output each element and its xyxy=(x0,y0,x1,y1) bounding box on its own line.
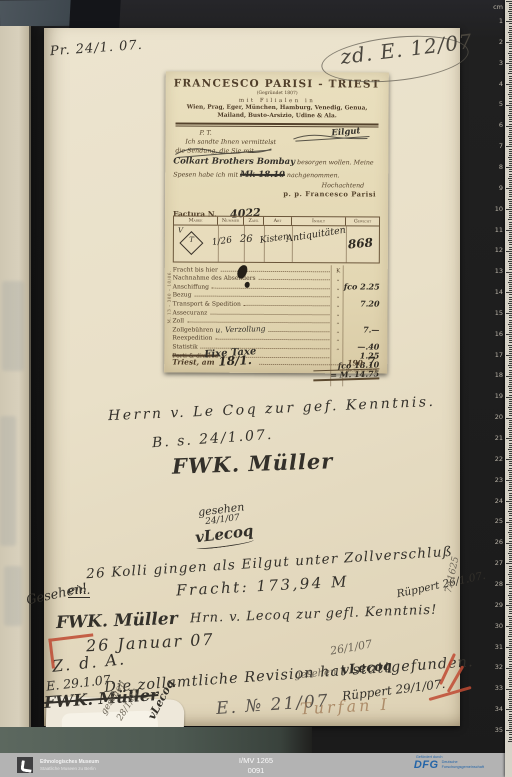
ruler-tick xyxy=(508,490,512,491)
receipt-pt-line4a: Spesen habe ich mit xyxy=(173,171,238,178)
ruler-number: 35 xyxy=(495,726,503,734)
ruler-tick xyxy=(508,386,512,387)
ruler-tick xyxy=(506,167,512,168)
ruler-tick xyxy=(508,282,512,283)
ruler-tick xyxy=(506,230,512,231)
table-header-cell: Art xyxy=(264,217,292,225)
receipt-pt-line4b: nachgenommen. xyxy=(287,172,340,179)
ruler-tick xyxy=(506,689,512,690)
ruler-tick xyxy=(508,94,512,95)
bleed-through-mark xyxy=(4,566,22,626)
ruler-number: 23 xyxy=(495,476,503,484)
ruler-number: 9 xyxy=(499,184,503,192)
fee-leader xyxy=(187,322,329,324)
column-line xyxy=(292,226,293,262)
ruler-number: 7 xyxy=(499,142,503,150)
receipt-dateline: Triest, am 18/1. 190 7 xyxy=(172,353,379,368)
ruler-tick xyxy=(508,199,512,200)
receipt-fee-list: Fracht bis hierKNachnahme des Absenders„… xyxy=(172,264,379,360)
ruler-tick xyxy=(508,470,512,471)
ruler-tick xyxy=(508,53,512,54)
ruler-number: 33 xyxy=(495,684,503,692)
ruler-tick xyxy=(508,574,512,575)
scanned-ledger-page: FRANCESCO PARISI - TRIEST (Gegründet 180… xyxy=(0,0,512,777)
archive-footer-bar: Ethnologisches Museum Staatliche Museen … xyxy=(0,753,512,777)
receipt-pt-line4: Spesen habe ich mit Mk 18.10 nachgenomme… xyxy=(173,168,380,181)
ruler-tick xyxy=(506,21,512,22)
parisi-receipt: FRANCESCO PARISI - TRIEST (Gegründet 180… xyxy=(164,71,389,373)
ruler-number: 5 xyxy=(499,100,503,108)
printer-mark: M. 13 – 300 – 10/06. xyxy=(166,270,171,323)
ruler-tick xyxy=(506,376,512,377)
fee-value: fco 2.25 xyxy=(344,281,380,291)
fee-value: 7.20 xyxy=(344,298,380,308)
ruler-number: 19 xyxy=(495,392,503,400)
fee-leader xyxy=(210,313,329,315)
ruler-number: 10 xyxy=(495,205,503,213)
ruler-tick xyxy=(506,188,512,189)
ruler-tick xyxy=(506,84,512,85)
ruler-tick xyxy=(506,42,512,43)
receipt-table-row: T V 1/26 26 Kisten Antiquitäten 868 xyxy=(174,225,379,262)
bleed-through-mark xyxy=(0,416,16,546)
ruler-tick xyxy=(506,563,512,564)
ruler-number: 32 xyxy=(495,663,503,671)
ruler-tick xyxy=(508,428,512,429)
ruler-number: 29 xyxy=(495,601,503,609)
ruler-tick xyxy=(508,741,512,742)
ruler-tick xyxy=(508,511,512,512)
mark-letter-top: V xyxy=(178,227,183,235)
receipt-hand-eilgut: Eilgut xyxy=(331,125,361,140)
ruler-tick xyxy=(506,584,512,585)
ruler-tick xyxy=(508,678,512,679)
ruler-tick xyxy=(506,105,512,106)
ruler-number: 13 xyxy=(495,267,503,275)
ruler-number: 3 xyxy=(499,59,503,67)
date-printed: 190 xyxy=(347,358,363,367)
ruler-tick xyxy=(506,334,512,335)
receipt-pp-signature: p. p. Francesco Parisi xyxy=(173,190,376,201)
ruler-number: 15 xyxy=(495,309,503,317)
ruler-tick xyxy=(506,146,512,147)
ruler-tick xyxy=(508,636,512,637)
ruler-tick xyxy=(508,720,512,721)
ruler-tick xyxy=(506,313,512,314)
book-cover-edge xyxy=(0,727,312,754)
ruler-number: 34 xyxy=(495,705,503,713)
receipt-filialen: mit Filialen in xyxy=(174,97,381,104)
table-header-cell: Zahl xyxy=(244,217,264,225)
ruler-tick xyxy=(508,261,512,262)
ruler-tick xyxy=(508,157,512,158)
ruler-tick xyxy=(508,407,512,408)
previous-page-edge xyxy=(0,26,31,744)
receipt-founded: (Gegründet 1807) xyxy=(174,90,381,96)
ruler-tick xyxy=(508,11,512,12)
ruler-tick xyxy=(506,438,512,439)
receipt-cities-line1: Wien, Prag, Eger, München, Hamburg, Vene… xyxy=(174,104,381,113)
fee-value: 7.— xyxy=(343,324,379,334)
mark-letter: T xyxy=(189,236,194,244)
ruler-tick xyxy=(508,32,512,33)
shipping-mark-diamond: T xyxy=(179,231,203,255)
dfg-name: Deutsche Forschungsgemeinschaft xyxy=(442,760,484,769)
ruler-tick xyxy=(508,365,512,366)
ruler-tick xyxy=(506,126,512,127)
ruler-tick xyxy=(506,1,512,2)
ruler-tick xyxy=(508,73,512,74)
ruler-tick xyxy=(508,532,512,533)
ruler-tick xyxy=(506,209,512,210)
ruler-tick xyxy=(508,240,512,241)
red-corner-bracket xyxy=(48,633,96,668)
ruler-number: 4 xyxy=(499,80,503,88)
ruler-tick xyxy=(508,345,512,346)
fee-leader xyxy=(259,279,330,280)
signature-mueller-1: FWK. Müller xyxy=(172,449,334,478)
ruler-number: 12 xyxy=(495,246,503,254)
ruler-tick xyxy=(508,657,512,658)
fee-leader xyxy=(212,287,330,289)
row-inhalt: Antiquitäten xyxy=(285,225,346,245)
signature-mueller-2: FWK. Müller xyxy=(56,610,178,633)
ruler-tick xyxy=(506,292,512,293)
dfg-name-line2: Forschungsgemeinschaft xyxy=(442,765,484,770)
ruler-tick xyxy=(506,501,512,502)
fee-leader xyxy=(215,339,329,341)
ruler-tick xyxy=(508,699,512,700)
ruler-tick xyxy=(506,668,512,669)
table-header-cell: Nummer xyxy=(218,217,244,225)
fee-leader xyxy=(268,331,329,332)
bleed-through-mark xyxy=(2,281,24,371)
ruler-number: 26 xyxy=(495,538,503,546)
table-header-cell: Inhalt xyxy=(292,217,346,225)
ruler-tick xyxy=(508,553,512,554)
ruler-tick xyxy=(508,449,512,450)
receipt-small-note: Nachgenommen xyxy=(346,367,377,372)
table-header-cell: Gewicht xyxy=(346,217,379,225)
ruler-tick xyxy=(506,522,512,523)
ruler-number: 1 xyxy=(499,17,503,25)
ruler-tick xyxy=(506,605,512,606)
fee-label: Zoll xyxy=(172,318,184,325)
ruler-tick xyxy=(506,355,512,356)
ruler-tick xyxy=(506,709,512,710)
ruler-tick xyxy=(508,616,512,617)
receipt-pt-block: P. T. Eilgut Ich sandte Ihnen vermittels… xyxy=(173,129,380,201)
ruler-tick xyxy=(508,136,512,137)
ruler-number: 24 xyxy=(495,497,503,505)
ruler-tick xyxy=(506,626,512,627)
ruler-tick xyxy=(506,480,512,481)
fee-leader xyxy=(194,296,329,298)
receipt-hand-agent: Colkart Brothers Bombay xyxy=(173,157,295,168)
ruler-number: 25 xyxy=(495,517,503,525)
ruler-tick xyxy=(508,219,512,220)
dfg-logo-block: Gefördert durch DFG Deutsche Forschungsg… xyxy=(414,755,484,771)
row-zahl: 26 xyxy=(240,234,253,245)
ruler-tick xyxy=(508,324,512,325)
ruler-tick xyxy=(506,543,512,544)
ruler-tick xyxy=(506,251,512,252)
ruler-number: 27 xyxy=(495,559,503,567)
dark-fragment-top xyxy=(69,0,121,31)
date-leader xyxy=(259,364,344,365)
ruler-tick xyxy=(506,63,512,64)
receipt-cities-line2: Mailand, Busto-Arsizio, Udine & Ala. xyxy=(174,112,381,121)
ruler-tick xyxy=(506,418,512,419)
ruler-tick xyxy=(506,272,512,273)
ruler-number: 31 xyxy=(495,643,503,651)
ruler-number: 18 xyxy=(495,371,503,379)
ruler-tick xyxy=(506,730,512,731)
table-header-cell: Marke xyxy=(174,216,218,224)
ruler-unit-label: cm xyxy=(493,3,503,11)
annotation-gesehen-block: gesehen 24/1/07 vLecoq xyxy=(192,501,255,551)
ruler-number: 11 xyxy=(495,226,503,234)
ink-blot-small xyxy=(245,282,250,288)
ruler-number: 22 xyxy=(495,455,503,463)
row-nummer: 1/26 xyxy=(211,235,232,248)
ruler-number: 6 xyxy=(499,121,503,129)
ruler-number: 30 xyxy=(495,622,503,630)
ruler-number: 28 xyxy=(495,580,503,588)
ruler-tick xyxy=(508,115,512,116)
receipt-hand-amount: Mk 18.10 xyxy=(240,170,285,180)
ruler-number: 16 xyxy=(495,330,503,338)
ruler-tick xyxy=(506,647,512,648)
ruler-tick xyxy=(508,595,512,596)
ruler: cm12345678910111213141516171819202122232… xyxy=(494,0,512,777)
ruler-tick xyxy=(506,459,512,460)
ruler-tick xyxy=(506,397,512,398)
ruler-number: 21 xyxy=(495,434,503,442)
ruler-number: 14 xyxy=(495,288,503,296)
dfg-logo: DFG xyxy=(414,759,439,771)
receipt-pt-line3-printed: besorgen wollen. Meine xyxy=(297,160,374,167)
ruler-number: 20 xyxy=(495,413,503,421)
ruler-number: 17 xyxy=(495,351,503,359)
row-gewicht: 868 xyxy=(347,235,373,251)
ruler-tick xyxy=(508,178,512,179)
fee-leader xyxy=(244,305,330,306)
receipt-pt-line3: Colkart Brothers Bombay besorgen wollen.… xyxy=(173,156,380,169)
ruler-number: 2 xyxy=(499,38,503,46)
receipt-factura-line: Factura N. 4022 xyxy=(173,201,380,215)
receipt-table: MarkeNummerZahlArtInhaltGewicht T V 1/26… xyxy=(173,215,380,263)
ruler-number: 8 xyxy=(499,163,503,171)
ruler-tick xyxy=(508,303,512,304)
